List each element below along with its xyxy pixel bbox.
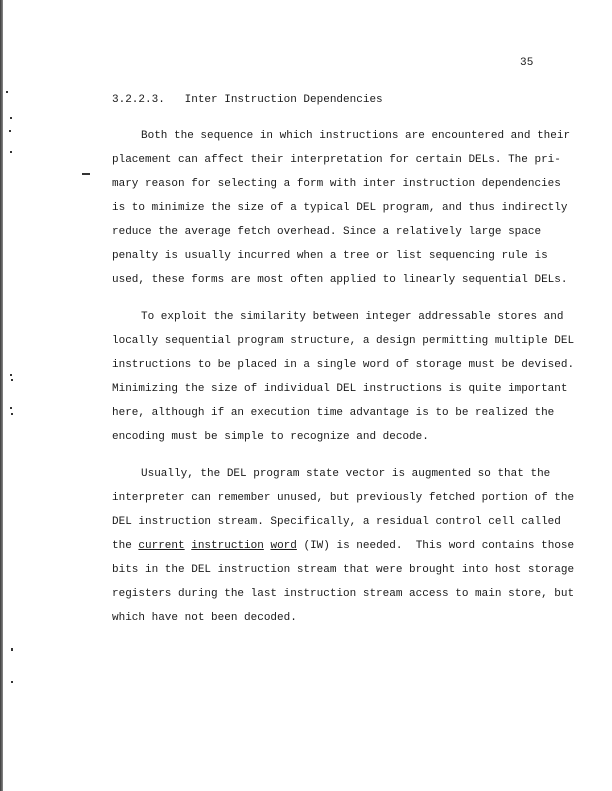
scan-speck (11, 681, 13, 683)
text-line: registers during the last instruction st… (112, 588, 532, 600)
scan-speck (10, 374, 12, 376)
text-line: instructions to be placed in a single wo… (112, 359, 532, 371)
scan-speck (11, 379, 13, 381)
section-heading: 3.2.2.3. Inter Instruction Dependencies (112, 94, 383, 106)
text-line: encoding must be simple to recognize and… (112, 431, 532, 443)
scan-left-edge (0, 0, 3, 791)
page-number: 35 (520, 57, 534, 69)
text-line: placement can affect their interpretatio… (112, 154, 532, 166)
text-line: penalty is usually incurred when a tree … (112, 250, 532, 262)
scan-speck (11, 648, 13, 651)
scan-speck (10, 407, 12, 409)
scan-speck (10, 151, 12, 153)
text-line: reduce the average fetch overhead. Since… (112, 226, 532, 238)
text-line: bits in the DEL instruction stream that … (112, 564, 532, 576)
text-line-underlined-term: the current instruction word (IW) is nee… (112, 540, 532, 552)
text-fragment: (IW) is needed. This word contains those (297, 540, 574, 552)
scan-speck (9, 130, 11, 132)
underlined-term-current: current (138, 540, 184, 552)
text-line: used, these forms are most often applied… (112, 274, 532, 286)
scan-speck (6, 91, 8, 93)
text-line: locally sequential program structure, a … (112, 335, 532, 347)
text-line: is to minimize the size of a typical DEL… (112, 202, 532, 214)
text-line: which have not been decoded. (112, 612, 532, 624)
text-line: Usually, the DEL program state vector is… (141, 468, 532, 480)
scan-speck (82, 173, 90, 175)
text-line: To exploit the similarity between intege… (141, 311, 532, 323)
text-line: Both the sequence in which instructions … (141, 130, 532, 142)
scan-speck (11, 413, 13, 415)
text-fragment: the (112, 540, 138, 552)
text-line: here, although if an execution time adva… (112, 407, 532, 419)
underlined-term-word: word (270, 540, 296, 552)
text-line: interpreter can remember unused, but pre… (112, 492, 532, 504)
scan-speck (10, 117, 12, 119)
underlined-term-instruction: instruction (191, 540, 264, 552)
text-line: DEL instruction stream. Specifically, a … (112, 516, 532, 528)
text-line: Minimizing the size of individual DEL in… (112, 383, 532, 395)
text-line: mary reason for selecting a form with in… (112, 178, 532, 190)
